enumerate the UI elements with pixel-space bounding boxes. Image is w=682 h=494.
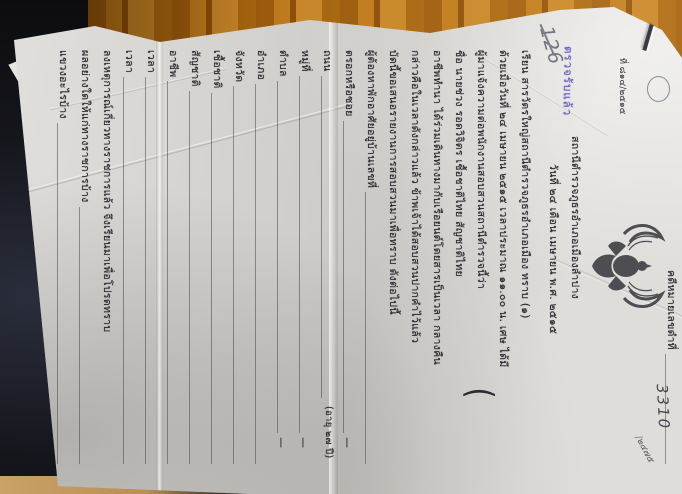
document-line: เชื้อชาติ [209,50,226,466]
document-line: เวลา [121,50,138,466]
document-line: (อายุ ๒๗ ปี) [321,406,336,459]
document-line: วันที่ ๒๔ เดือน เมษายน พ.ศ. ๒๕๑๕ [545,164,562,334]
document-line: อาชีพทำนา ได้ร่วมเดินทางมากับเรือยนต์โดย… [429,50,446,365]
document-line: ลงเหตุการณ์เกี่ยวทางราชการแล้ว จึงเรียนม… [99,50,116,332]
document-line: แขวงอะไรบ้าง [55,50,72,466]
document-line: ตำบล— [275,50,292,448]
document-line: อำเภอ [253,50,270,466]
form-number: ที่ ๘๑๔/๒๕๑๕ [616,58,630,115]
document-line: หมู่ที่— [297,50,314,448]
photo-of-document: ที่ ๘๑๔/๒๕๑๕ 3310 /๒๔๗๕ ตรวจรับแล้ว 126 … [0,0,682,494]
document-line: สัญชาติ [187,50,204,466]
rotated-document: ที่ ๘๑๔/๒๕๑๕ 3310 /๒๔๗๕ ตรวจรับแล้ว 126 … [22,18,682,470]
document-line: ถนน [319,50,336,400]
document-line: ผลอย่างใดให้แก่ทางราชการบ้าง [77,50,94,466]
document-line: บัดนี้ขอเสนอรายงานการสอบสวนมาเพื่อทราบ ด… [385,50,402,315]
document-line: กล่าวคือในเวลาดังกล่าวแล้ว ข้าพเจ้าได้สอ… [407,50,424,343]
document-line: จังหวัด [231,50,248,466]
document-line: ชื่อ นายช่วง รอดวิจิตร เชื้อชาติไทย สัญช… [451,50,468,277]
document-line: ด้วยเมื่อวันที่ ๒๔ เมษายน ๒๕๑๕ เวลาประมา… [495,50,512,368]
document-line: คดีหมายเลขดำที่ [663,270,680,466]
document-line: ผู้มาแจ้งความต่อพนักงานสอบสวนสถานีตำรวจน… [473,50,490,289]
handwritten-case-fraction: /๒๔๗๕ [632,432,658,464]
document-line: ตรอกหรือซอย— [341,50,358,448]
document-line: เวลา [143,50,160,466]
paper-sheet: ที่ ๘๑๔/๒๕๑๕ 3310 /๒๔๗๕ ตรวจรับแล้ว 126 … [0,0,682,494]
document-line: สถานีตำรวจภูธรอำเภอเมืองลำปาง [567,136,584,299]
grouping-parenthesis: ( [459,387,500,398]
pencil-circle-mark [647,76,670,102]
document-line: ผู้ต้องหาพักอาศัยอยู่บ้านเลขที่ [363,50,380,466]
document-line: อาชีพ [165,50,182,466]
garuda-emblem [584,216,672,316]
document-line: เรียน สารวัตรใหญ่สถานีตำรวจภูธรอำเภอเมือ… [517,50,534,319]
handwritten-pencil-number: 126 [535,24,567,68]
